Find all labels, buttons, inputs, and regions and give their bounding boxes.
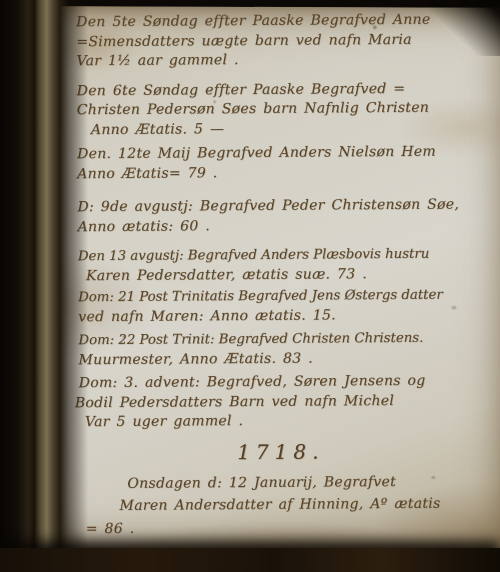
manuscript-line: Karen Pedersdatter, ætatis suæ. 73 . [86,264,496,286]
manuscript-line: = 86 . [86,515,498,540]
manuscript-line: Maren Andersdatter af Hinning, Aº ætatis [119,492,497,517]
manuscript-photo: Den 5te Søndag effter Paaske Begrafved A… [0,0,500,572]
page-corner-shadow [426,0,500,56]
manuscript-line: ved nafn Maren: Anno ætatis. 15. [78,305,496,327]
burial-entry-4: D: 9de avgustj: Begrafved Peder Christen… [77,195,495,237]
book-spine-binding [0,0,88,572]
manuscript-line: Dom: 21 Post Trinitatis Begrafved Jens Ø… [78,285,496,307]
burial-entry-8: Dom: 3. advent: Begrafved, Søren Jensens… [79,371,497,432]
burial-entry-7: Dom: 22 Post Trinit: Begrafved Christen … [78,328,496,370]
manuscript-line: Anno ætatis: 60 . [78,215,496,237]
manuscript-line: Den. 12te Maij Begrafved Anders Nielsøn … [77,142,495,164]
manuscript-line: Anno Ætatis. 5 — [91,118,495,140]
manuscript-line: Var 5 uger gammel . [85,410,497,432]
burial-entry-6: Dom: 21 Post Trinitatis Begrafved Jens Ø… [78,285,496,327]
year-heading: 1718. [237,438,497,464]
burial-entry-1718-1: Onsdagen d: 12 Januarij, Begrafvet Maren… [79,470,497,540]
manuscript-line: D: 9de avgustj: Begrafved Peder Christen… [77,195,495,217]
manuscript-line: Onsdagen d: 12 Januarij, Begrafvet [127,470,497,495]
burial-entry-3: Den. 12te Maij Begrafved Anders Nielsøn … [77,142,495,184]
manuscript-line: Anno Ætatis= 79 . [77,162,495,184]
book-bottom-edge [0,548,500,572]
manuscript-line: Muurmester, Anno Ætatis. 83 . [78,348,496,370]
burial-entry-2: Den 6te Søndag effter Paaske Begrafved =… [77,79,495,140]
burial-entry-5: Den 13 avgustj: Begrafved Anders Plæsbov… [78,244,496,286]
